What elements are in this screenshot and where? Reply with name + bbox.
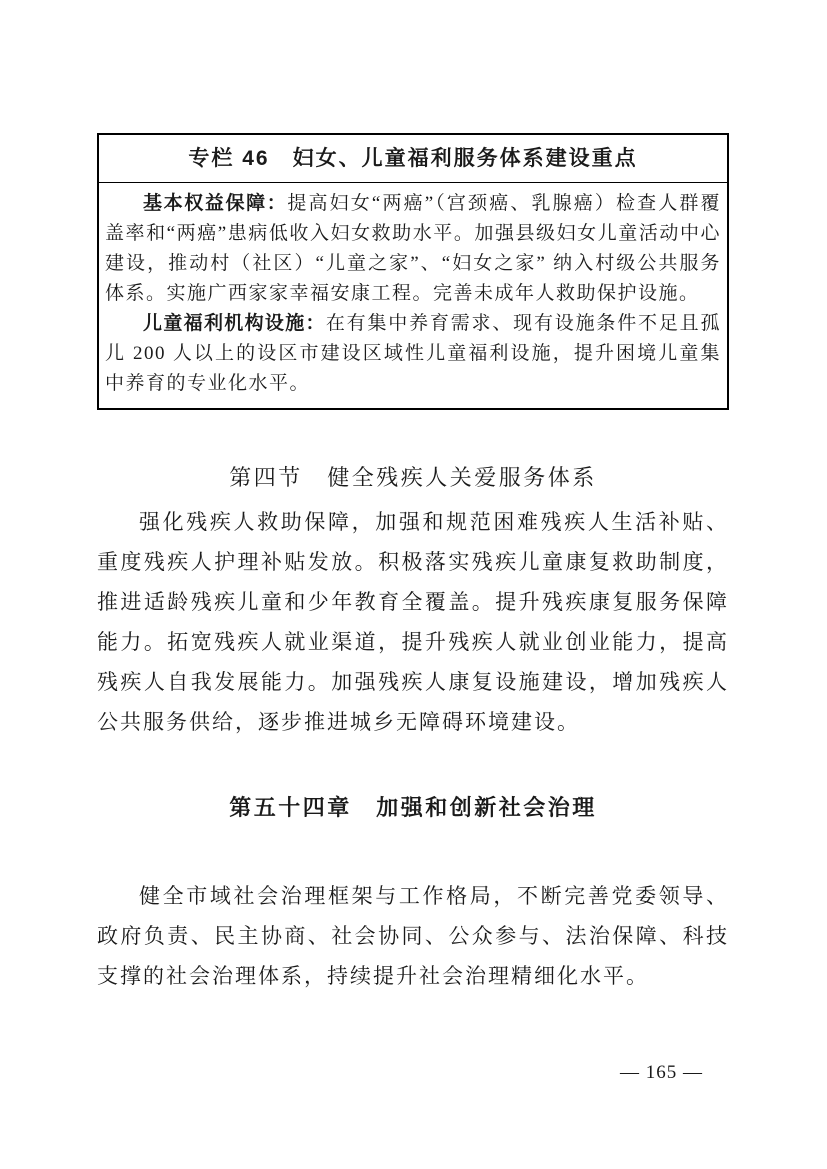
page-footer: — 165 — bbox=[97, 1062, 729, 1084]
page-content: 专栏 46 妇女、儿童福利服务体系建设重点 基本权益保障：提高妇女“两癌”（宫颈… bbox=[97, 0, 729, 1084]
section-paragraph: 强化残疾人救助保障，加强和规范困难残疾人生活补贴、重度残疾人护理补贴发放。积极落… bbox=[97, 502, 729, 742]
column-box-title: 专栏 46 妇女、儿童福利服务体系建设重点 bbox=[99, 135, 727, 183]
document-page: { "column_box": { "title": "专栏 46 妇女、儿童福… bbox=[0, 0, 827, 1169]
page-number: — 165 — bbox=[620, 1062, 703, 1083]
box-paragraph-basic-rights: 基本权益保障：提高妇女“两癌”（宫颈癌、乳腺癌）检查人群覆盖率和“两癌”患病低收… bbox=[105, 189, 721, 309]
chapter-paragraph: 健全市域社会治理框架与工作格局，不断完善党委领导、政府负责、民主协商、社会协同、… bbox=[97, 876, 729, 996]
chapter-heading: 第五十四章 加强和创新社会治理 bbox=[97, 792, 729, 824]
column-box-body: 基本权益保障：提高妇女“两癌”（宫颈癌、乳腺癌）检查人群覆盖率和“两癌”患病低收… bbox=[99, 183, 727, 408]
section-heading: 第四节 健全残疾人关爱服务体系 bbox=[97, 462, 729, 494]
box-paragraph-lead: 儿童福利机构设施： bbox=[143, 313, 326, 334]
column-46-box: 专栏 46 妇女、儿童福利服务体系建设重点 基本权益保障：提高妇女“两癌”（宫颈… bbox=[97, 133, 729, 410]
box-paragraph-child-welfare: 儿童福利机构设施：在有集中养育需求、现有设施条件不足且孤儿 200 人以上的设区… bbox=[105, 309, 721, 399]
box-paragraph-lead: 基本权益保障： bbox=[143, 193, 287, 214]
